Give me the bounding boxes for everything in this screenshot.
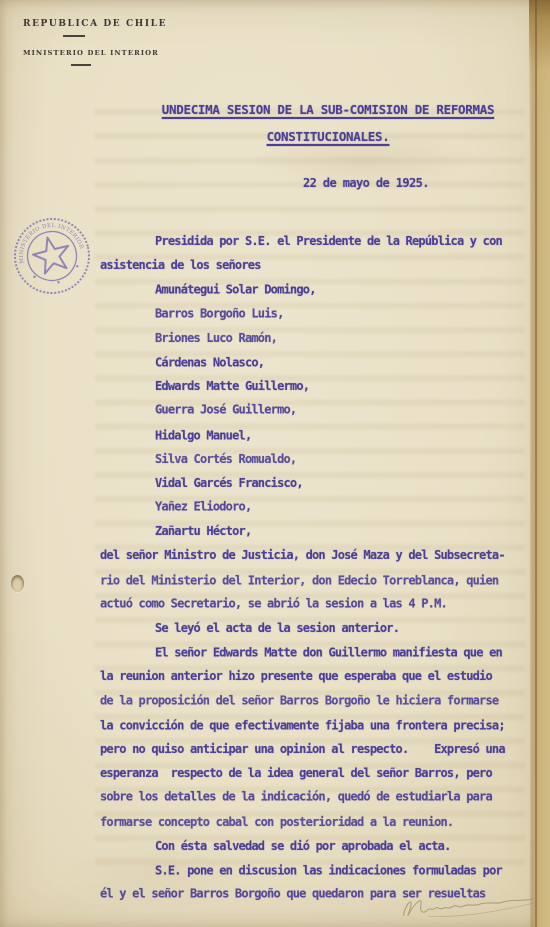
typed-line: Presidida por S.E. el Presidente de la R… (100, 229, 505, 253)
typed-line: sobre los detalles de la indicación, que… (100, 785, 505, 809)
typed-line: Cárdenas Nolasco, (100, 350, 505, 374)
letterhead-rule (71, 64, 91, 66)
typed-line: Edwards Matte Guillermo, (100, 374, 505, 398)
typed-line: del señor Ministro de Justicia, don José… (100, 543, 505, 567)
letterhead-rule (63, 35, 85, 37)
typed-line: Guerra José Guillermo, (100, 398, 505, 422)
title-line-1: UNDECIMA SESION DE LA SUB-COMISION DE RE… (162, 102, 494, 117)
typed-line: Hidalgo Manuel, (100, 423, 505, 447)
punch-hole (11, 575, 24, 592)
typed-line: actuó como Secretario, se abrió la sesio… (100, 591, 505, 615)
typed-line: pero no quiso anticipar una opinion al r… (100, 737, 505, 761)
typed-line: la reunion anterior hizo presente que es… (100, 664, 505, 688)
document-page: REPUBLICA DE CHILE MINISTERIO DEL INTERI… (0, 0, 550, 927)
typed-line: rio del Ministerio del Interior, don Ede… (100, 568, 505, 592)
typed-line: Se leyó el acta de la sesion anterior. (100, 616, 505, 640)
typed-line: Yañez Eliodoro, (100, 495, 505, 519)
typed-line: la convicción de que efectivamente fijab… (100, 713, 505, 737)
typed-line: Silva Cortés Romualdo, (100, 447, 505, 471)
typed-line: Vidal Garcés Francisco, (100, 471, 505, 495)
document-title: UNDECIMA SESION DE LA SUB-COMISION DE RE… (113, 96, 543, 150)
letterhead-ministry: MINISTERIO DEL INTERIOR (23, 49, 167, 57)
ministry-stamp-icon: MINISTERIO DEL INTERIOR (4, 208, 101, 305)
typed-line: Zañartu Héctor, (100, 519, 505, 543)
typed-line: asistencia de los señores (100, 253, 505, 277)
typed-line: El señor Edwards Matte don Guillermo man… (100, 641, 505, 665)
typed-line: Barros Borgoño Luis, (100, 301, 505, 325)
letterhead-country: REPUBLICA DE CHILE (23, 19, 167, 29)
typed-line: esperanza respecto de la idea general de… (100, 761, 505, 785)
typed-line: Amunátegui Solar Domingo, (100, 278, 505, 302)
letterhead: REPUBLICA DE CHILE MINISTERIO DEL INTERI… (23, 19, 167, 66)
typed-line: de la proposición del señor Barros Borgo… (100, 688, 505, 712)
title-line-2: CONSTITUCIONALES. (267, 129, 390, 144)
typed-line: Briones Luco Ramón, (100, 326, 505, 350)
signature-scrawl-icon (392, 882, 544, 926)
typed-body: Presidida por S.E. el Presidente de la R… (100, 229, 505, 906)
star-icon (30, 233, 73, 275)
typed-line: S.E. pone en discusion las indicaciones … (100, 858, 505, 882)
typed-line: formarse concepto cabal con posteriorida… (100, 810, 505, 834)
typed-line: Con ésta salvedad se dió por aprobada el… (100, 834, 505, 858)
date-line: 22 de mayo de 1925. (303, 176, 429, 190)
